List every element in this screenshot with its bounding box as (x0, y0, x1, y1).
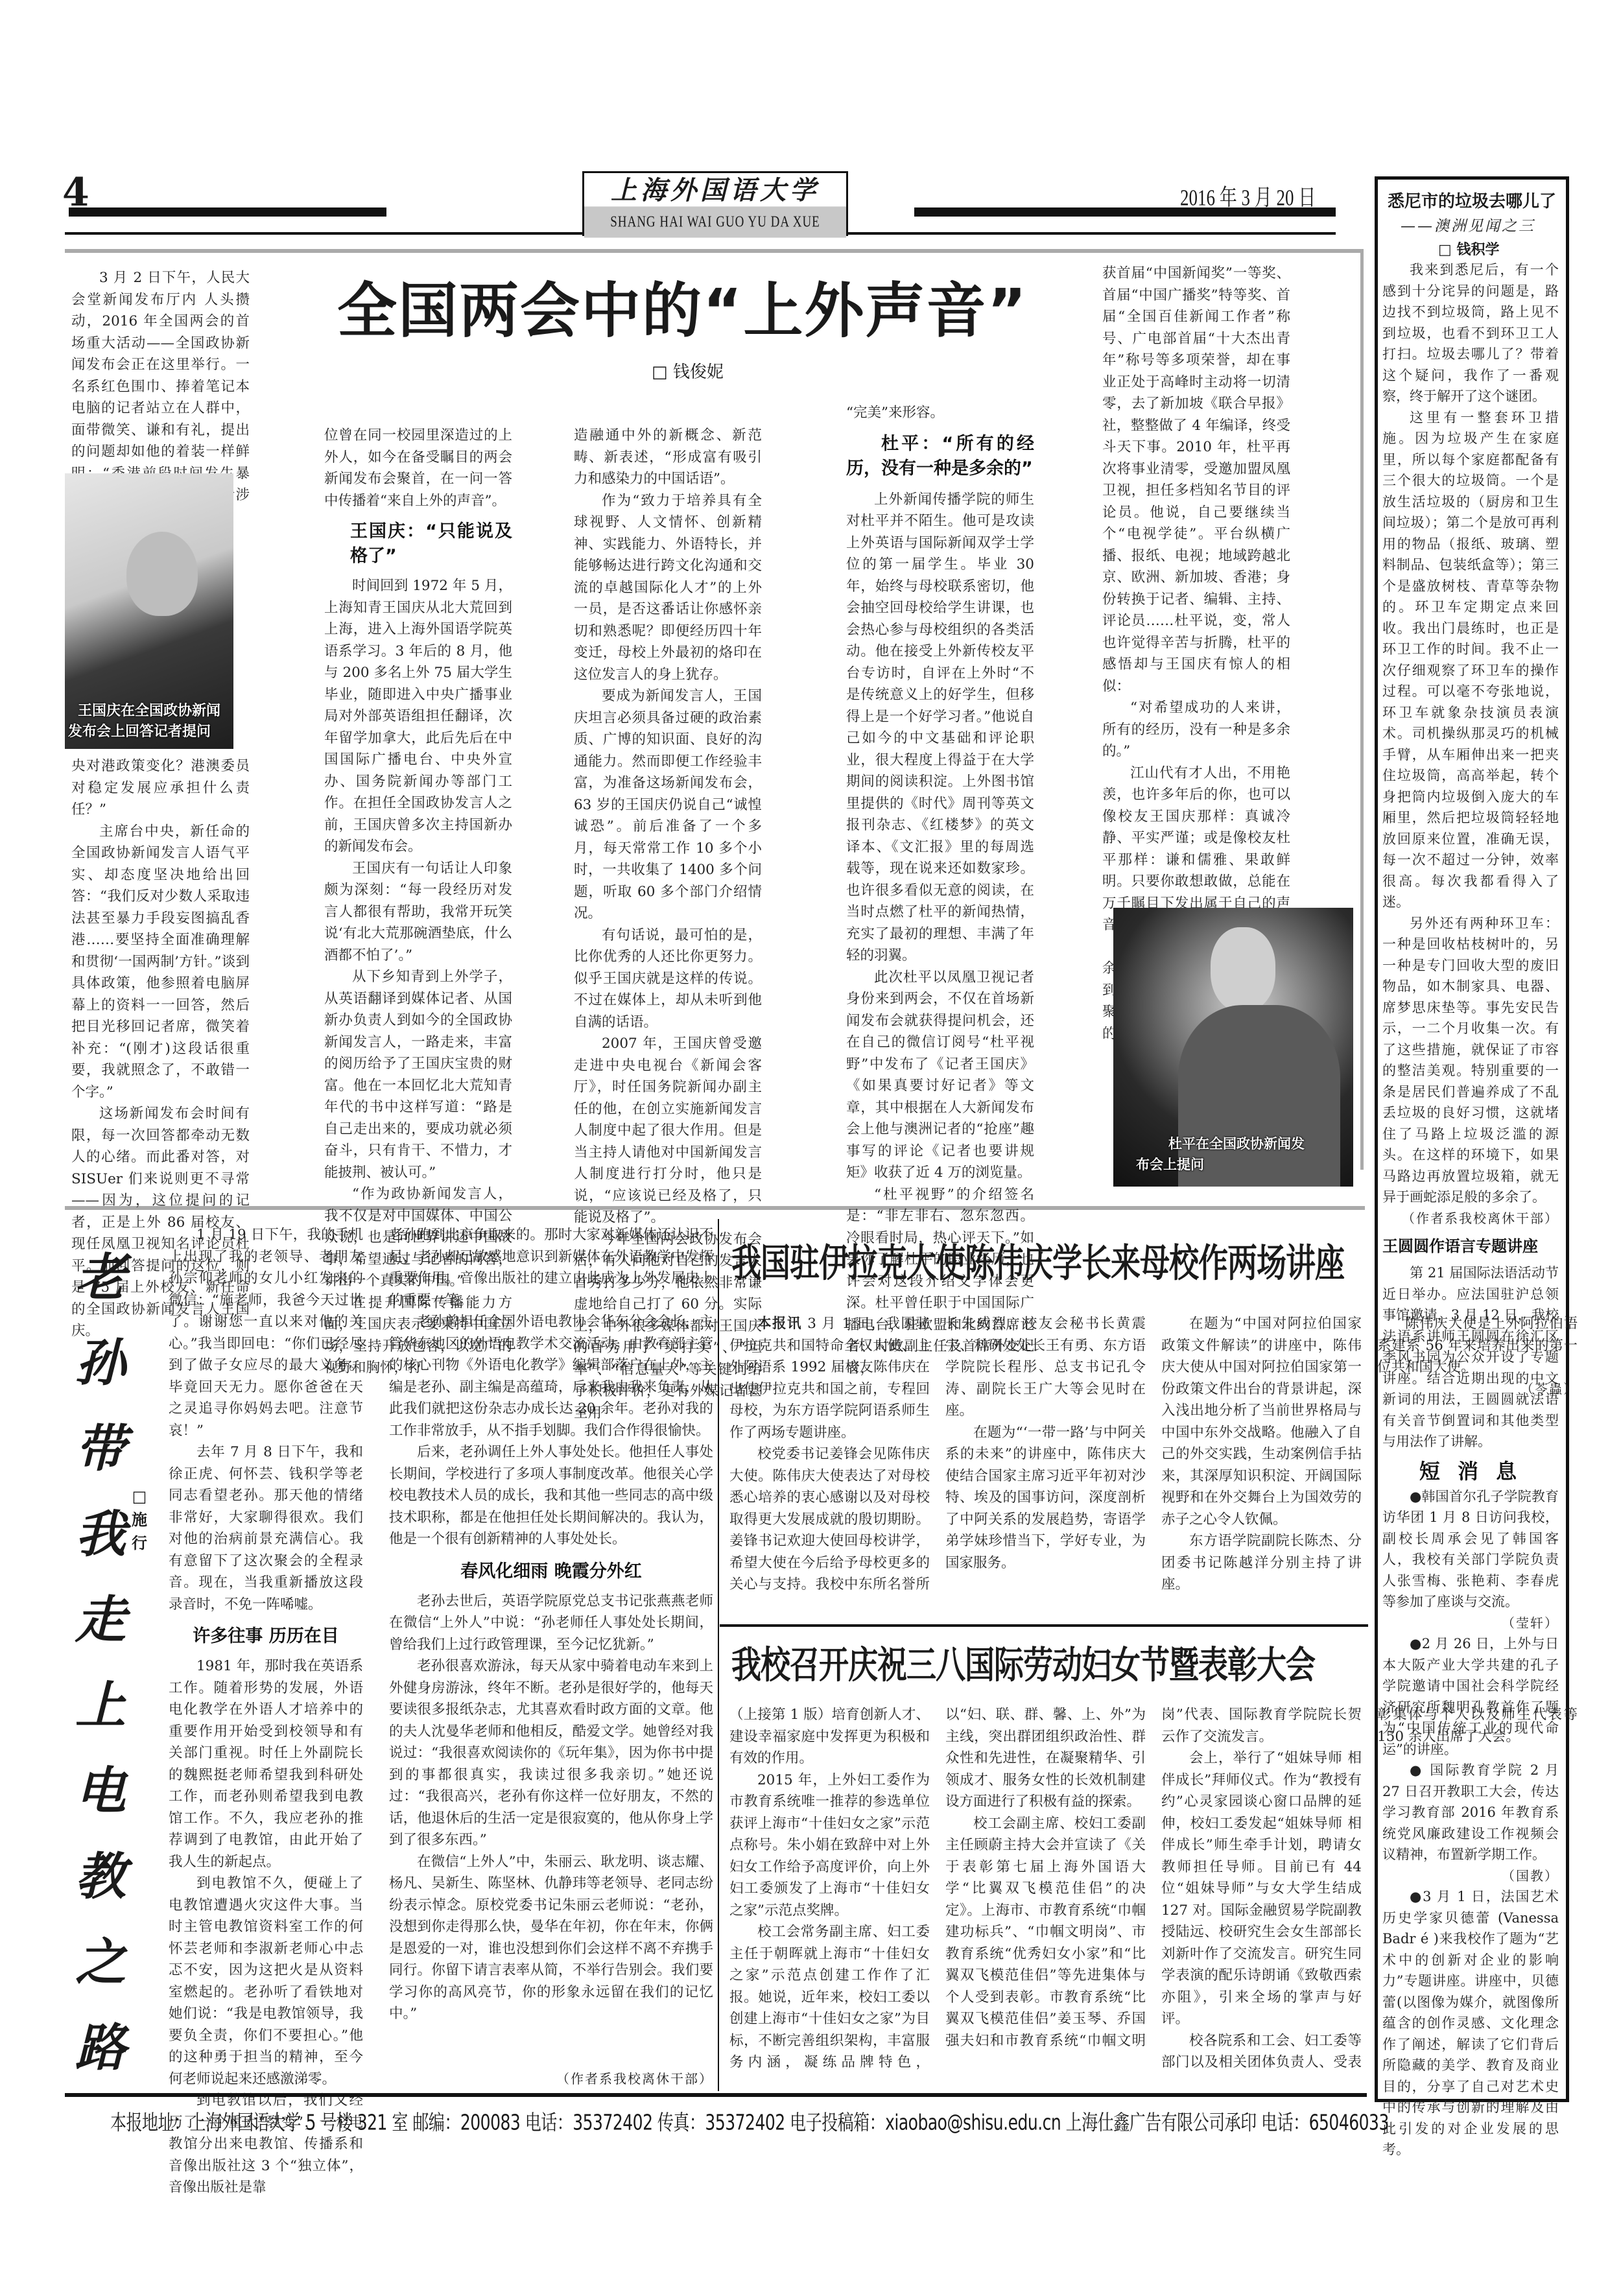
news-item-3-credit: （国教） (1382, 1865, 1559, 1887)
photo2-caption-line1: 杜平在全国政协新闻发 (1168, 1133, 1305, 1154)
memorial-title-char: 老 (71, 1235, 130, 1321)
memorial-credit: （作者系我校离休干部） (506, 2068, 713, 2087)
byline-box-icon: □ (130, 1485, 149, 1508)
footer-imprint: 本报地址：上海外国语大学 5 号楼 321 室 邮编：200083 电话：353… (110, 2106, 1389, 2136)
memorial-text4: 到电教馆不久，便碰上了电教馆遭遇火灾这件大事。当时主管电教馆资料室工作的何怀芸老… (169, 1873, 363, 2090)
sidebar-title: 悉尼市的垃圾去哪儿了 (1388, 188, 1556, 212)
footer-rule (65, 2093, 1367, 2097)
womens-day-text1: （上接第 1 版）培育创新人才、建设幸福家庭中发挥更为积极和有效的作用。 (729, 1704, 930, 1769)
sidebar-text1: 我来到悉尼后，有一个感到十分诧异的问题是，路边找不到垃圾筒，路上见不到垃圾，也看… (1382, 259, 1559, 407)
ambassador-title: 我国驻伊拉克大使陈伟庆学长来母校作两场讲座 (731, 1235, 1344, 1291)
lead-col3-text3: 要成为新闻发言人，王国庆坦言必须具备过硬的政治素质、广博的知识面、良好的沟通能力… (574, 685, 762, 925)
photo-figure (126, 532, 198, 616)
lead-col4: “完美”来形容。 杜平：“所有的经历，没有一种是多余的” 上外新闻传播学院的师生… (846, 402, 1034, 1379)
news-item-1: ●韩国首尔孔子学院教育访华团 1 月 8 日访问我校，副校长周承会见了韩国客人，… (1382, 1486, 1559, 1613)
memorial-col2-text5: 老孙很喜欢游泳，每天从家中骑着电动车来到上外健身房游泳，终年不断。老孙是很好学的… (389, 1655, 713, 1851)
photo2-caption-line2: 布会上提问 (1136, 1154, 1204, 1175)
sidebar-byline: □ 钱积学 (1438, 239, 1499, 259)
memorial-text1: 1 月 19 日下午，我的手机上出现了我的老领导、老朋友孙宗仰老师的女儿小红发来… (169, 1224, 363, 1441)
sidebar-text2: 这里有一整套环卫措施。因为垃圾产生在家庭里，所以每个家庭都配备有三个很大的垃圾筒… (1382, 407, 1559, 913)
memorial-subhead1: 许多往事 历历在目 (169, 1624, 363, 1649)
ambassador-text1-body: 3 月 1 日，我国驻伊拉克共和国特命全权大使、上外阿语系 1992 届校友陈伟… (729, 1316, 930, 1441)
photo-wang-guoqing: 王国庆在全国政协新闻 发布会上回答记者提问 (65, 473, 233, 749)
memorial-title-char: 走 (71, 1578, 130, 1663)
memorial-text2: 去年 7 月 8 日下午，我和徐正虎、何怀芸、钱积学等老同志看望老孙。那天他的情… (169, 1441, 363, 1615)
womens-day-text5: 会上，举行了“姐妹导师 相伴成长”拜师仪式。作为“教授有约”心灵家园谈心窗口品牌… (1161, 1747, 1362, 2030)
womens-day-text2: 2015 年，上外妇工委作为市教育系统唯一推荐的参选单位获评上海市“十佳妇女之家… (729, 1769, 930, 1922)
lead-col1-text2: 主席台中央，新任命的全国政协新闻发言人语气平实、却态度坚决地给出回答：“我们反对… (71, 821, 250, 1104)
memorial-col2-text2: 老孙曾担任全国外语电教协会华东分会会长，主管华东地区的外语电教学术交流活动。由教… (389, 1311, 713, 1441)
memorial-title: 老 孙 带 我 走 上 电 教 之 路 (71, 1235, 130, 2091)
news-item-1-credit: （莹轩） (1382, 1613, 1559, 1634)
subhead-wang-guoqing: 王国庆：“只能说及格了” (350, 519, 512, 569)
issue-date: 2016 年 3 月 20 日 (1180, 179, 1316, 212)
ambassador-text6: 陈伟庆大使是上外阿拉伯语系建系 56 年来培养出来的第一位共和国大使。 (1377, 1313, 1578, 1379)
sidebar-credit: （作者系我校离休干部） (1382, 1208, 1559, 1229)
lead-col3-text1: 造融通中外的新概念、新范畴、新表述，“形成富有吸引力和感染力的中国话语”。 (574, 425, 762, 490)
womens-day-body: （上接第 1 版）培育创新人才、建设幸福家庭中发挥更为积极和有效的作用。 201… (729, 1704, 1362, 2074)
lead-col1-text1: 央对港政策变化？港澳委员对稳定发展应承担什么责任？” (71, 755, 250, 821)
memorial-col2-text4: 老孙去世后，英语学院原党总支书记张燕燕老师在微信“上外人”中说：“孙老师任人事处… (389, 1591, 713, 1656)
memorial-col1: 1 月 19 日下午，我的手机上出现了我的老领导、老朋友孙宗仰老师的女儿小红发来… (169, 1224, 363, 2199)
masthead-title: 上海外国语大学 (584, 173, 846, 210)
photo-du-ping: 杜平在全国政协新闻发 布会上提问 (1113, 908, 1353, 1187)
memorial-col2: 老孙跑到北京争取来的。那时大家对新媒体还认识不足，老孙却已敏感地意识到新媒体在外… (389, 1224, 713, 2025)
lead-col2-text4: 从下乡知青到上外学子，从英语翻译到媒体记者、从国新办负责人到如今的全国政协新闻发… (324, 966, 512, 1183)
womens-day-title: 我校召开庆祝三八国际劳动妇女节暨表彰大会 (731, 1640, 1315, 1689)
memorial-title-char: 我 (71, 1492, 130, 1578)
ambassador-lead-label: 本报讯 (757, 1316, 802, 1332)
lead-col2-text2: 时间回到 1972 年 5 月，上海知青王国庆从北大荒回到上海，进入上海外国语学… (324, 575, 512, 858)
lead-col3-text2: 作为“致力于培养具有全球视野、人文情怀、创新精神、实践能力、外语特长，并能够畅达… (574, 490, 762, 686)
memorial-col2-text3: 后来，老孙调任上外人事处处长。他担任人事处长期间，学校进行了多项人事制度改革。他… (389, 1441, 713, 1550)
photo-figure (1211, 927, 1275, 1012)
lead-col4-text3: 此次杜平以凤凰卫视记者身份来到两会，不仅在首场新闻发布会就获得提问机会，还在自己… (846, 967, 1034, 1184)
lead-col3-text4: 有句话说，最可怕的是，比你优秀的人还比你更努力。似乎王国庆就是这样的传说。不过在… (574, 925, 762, 1034)
lead-col5-text1: 获首届“中国新闻奖”一等奖、首届“中国广播奖”特等奖、首届“全国百佳新闻工作者”… (1102, 263, 1290, 697)
news-item-4: ●3 月 1 日，法国艺术历史学家贝德蕾 (Vanessa Badr é )来我… (1382, 1886, 1559, 2160)
masthead-pinyin: SHANG HAI WAI GUO YU DA XUE (584, 206, 846, 237)
byline-char: 施 (130, 1508, 149, 1532)
subhead-du-ping: 杜平：“所有的经历，没有一种是多余的” (846, 432, 1034, 481)
lead-article-title: 全国两会中的“上外声音” (337, 276, 1028, 347)
lead-col3-text5: 2007 年，王国庆曾受邀走进中央电视台《新闻会客厅》，时任国务院新闻办副主任的… (574, 1033, 762, 1229)
news-item-3: ● 国际教育学院 2 月 27 日召开教职工大会，传达学习教育部 2016 年教… (1382, 1760, 1559, 1865)
memorial-byline: □ 施 行 (130, 1485, 149, 1555)
memorial-title-char: 路 (71, 2006, 130, 2091)
lead-col4-text1: “完美”来形容。 (846, 402, 1034, 424)
memorial-title-char: 电 (71, 1749, 130, 1834)
memorial-title-char: 孙 (71, 1321, 130, 1406)
ambassador-text3: 在题为“‘一带一路’与中阿关系的未来”的讲座中，陈伟庆大使结合国家主席习近平年初… (945, 1422, 1146, 1574)
ambassador-text1: 本报讯 3 月 1 日，我国驻伊拉克共和国特命全权大使、上外阿语系 1992 届… (729, 1313, 930, 1443)
photo1-caption-line1: 王国庆在全国政协新闻 (78, 700, 220, 721)
memorial-subhead2: 春风化细雨 晚霞分外红 (389, 1559, 713, 1584)
lead-frame-top (65, 249, 1362, 253)
lead-frame-right (1360, 249, 1364, 1170)
memorial-title-char: 带 (71, 1406, 130, 1492)
memorial-title-char: 教 (71, 1834, 130, 1920)
ambassador-body: 本报讯 3 月 1 日，我国驻伊拉克共和国特命全权大使、上外阿语系 1992 届… (729, 1313, 1362, 1598)
section-divider-horizontal (720, 1624, 1368, 1627)
sidebar-article-body: 我来到悉尼后，有一个感到十分诧异的问题是，路边找不到垃圾筒，路上见不到垃圾，也看… (1382, 259, 1559, 2160)
ambassador-credit: （苓蟲） (1377, 1379, 1578, 1401)
header-rule-left-thick (69, 207, 386, 217)
photo1-caption-line2: 发布会上回答记者提问 (68, 721, 211, 742)
short-news-title: 短 消 息 (1382, 1459, 1559, 1484)
sidebar-subtitle: ——澳洲见闻之三 (1401, 214, 1535, 235)
lead-col4-text2: 上外新闻传播学院的师生对杜平并不陌生。他可是攻读上外英语与国际新闻双学士学位的第… (846, 489, 1034, 967)
lead-col2-text3: 王国庆有一句话让人印象颇为深刻：“每一段经历对发言人都很有帮助，我常开玩笑说‘有… (324, 858, 512, 967)
lead-article-byline: □ 钱俊妮 (652, 359, 724, 383)
lead-col5-text2: “对希望成功的人来讲，所有的经历，没有一种是多余的。” (1102, 697, 1290, 763)
ambassador-text5: 东方语学院副院长陈杰、分团委书记陈越洋分别主持了讲座。 (1161, 1530, 1362, 1596)
masthead: 上海外国语大学 SHANG HAI WAI GUO YU DA XUE (582, 171, 848, 236)
memorial-title-char: 之 (71, 1920, 130, 2006)
sidebar-text3: 另外还有两种环卫车：一种是回收枯枝树叶的，另一种是专门回收大型的废旧物品，如木制… (1382, 913, 1559, 1208)
lead-col2-text1: 位曾在同一校园里深造过的上外人，如今在备受瞩目的两会新闻发布会聚首，在一问一答中… (324, 425, 512, 512)
byline-char: 行 (130, 1532, 149, 1555)
memorial-col2-text6: 在微信“上外人”中，朱丽云、耿龙明、谈志耀、杨凡、吴新生、陈坚林、仇静玮等老领导… (389, 1851, 713, 2025)
lecture-title: 王圆圆作语言专题讲座 (1382, 1234, 1559, 1259)
column-divider-vertical (718, 1219, 719, 2091)
memorial-col2-text1: 老孙跑到北京争取来的。那时大家对新媒体还认识不足，老孙却已敏感地意识到新媒体在外… (389, 1224, 713, 1311)
ambassador-text4: 在题为“中国对阿拉伯国家政策文件解读”的讲座中，陈伟庆大使从中国对阿拉伯国家第一… (1161, 1313, 1362, 1530)
memorial-text3: 1981 年，那时我在英语系工作。随着形势的发展，外语电化教学在外语人才培养中的… (169, 1655, 363, 1873)
memorial-title-char: 上 (71, 1663, 130, 1749)
